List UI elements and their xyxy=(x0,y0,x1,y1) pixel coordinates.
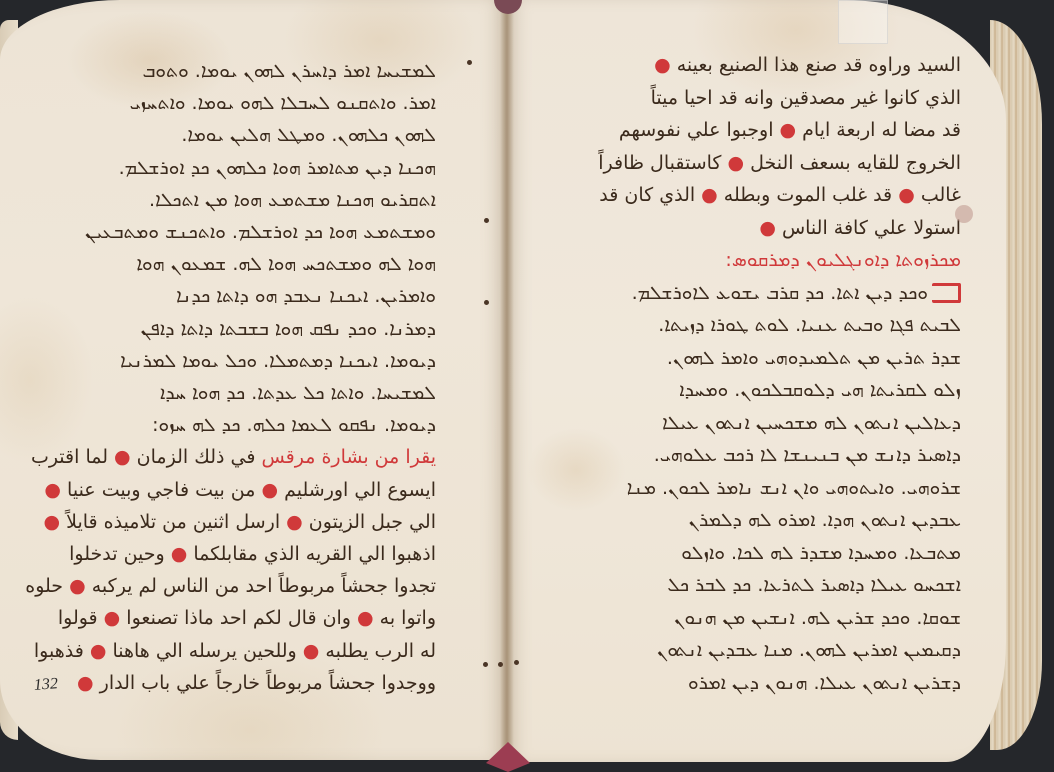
margin-mark xyxy=(467,60,472,65)
text-line: السيد وراوه قد صنع هذا الصنيع بعينه ● xyxy=(654,52,961,78)
margin-mark xyxy=(514,660,519,665)
text-line: ܐܬܩܪܝܘ ܗܟܢܐ ܡܫܬܡܥ ܗܘܐ ܡܢ ܐܬܟܠܐ. xyxy=(149,187,436,213)
text-line: قد مضا له اربعة ايام ● اوجبوا علي نفوسهم xyxy=(619,117,961,143)
rubric-dot: ● xyxy=(44,479,61,501)
rubric-dot: ● xyxy=(303,640,320,662)
rubric-dot: ● xyxy=(286,511,303,533)
text-line: ܙܠܘ ܠܩܪܝܬܐ ܗܝ ܕܠܘܩܒܠܟܘܢ. ܘܡܚܕܐ xyxy=(679,377,961,403)
folio-number: 132 xyxy=(33,675,58,695)
text-line: ܕܝܘܡܐ. ܢܦܩܘ ܠܥܡܐ ܟܠܗ. ܟܕ ܠܗ ܚܙܘ: xyxy=(152,412,436,438)
rubric-dot: ● xyxy=(43,511,60,533)
text-line: غالب ● قد غلب الموت وبطله ● الذي كان قد xyxy=(599,182,961,208)
text-line: الخروج للقايه بسعف النخل ● كاستقبال ظافر… xyxy=(598,150,961,176)
rubric-dot: ● xyxy=(104,607,121,629)
rubric-dot: ● xyxy=(69,575,86,597)
text-line: ܕܩܝܡܝܢ ܐܡܪܝܢ ܠܗܘܢ. ܡܢܐ ܥܒܕܝܢ ܐܢܬܘܢ xyxy=(657,637,961,663)
text-line: ܕܐܣܝܪ ܕܐܢܫ ܡܢ ܒܢܝܢܫܐ ܠܐ ܪܟܒ ܥܠܘܗܝ. xyxy=(654,442,961,468)
text-line: ܠܒܝܬ ܦܓܐ ܘܒܝܬ ܥܢܝܐ. ܠܘܬ ܛܘܪܐ ܕܙܝܬܐ. xyxy=(658,312,961,338)
text-line: ووجدوا جحشاً مربوطاً خارجاً علي باب الدا… xyxy=(77,670,436,696)
text-line: ܠܡܫܝܚܐ ܐܡܪ ܕܐܚܪܢ ܠܗܘܢ ܝܘܡܐ. ܘܬܘܒ xyxy=(142,58,436,84)
text-line: ܗܟܢܐ ܕܝܢ ܡܬܐܡܪ ܗܘܐ ܟܠܗܘܢ ܟܕ ܐܘܪܫܠܡ. xyxy=(119,155,436,181)
text-line: ايسوع الي اورشليم ● من بيت فاجي وبيت عني… xyxy=(44,477,436,503)
left-page: ܠܡܫܝܚܐ ܐܡܪ ܕܐܚܪܢ ܠܗܘܢ ܝܘܡܐ. ܘܬܘܒܐܡܪ. ܘܐܬ… xyxy=(0,0,506,760)
text-line: ܕܝܘܡܐ. ܐܝܟܢܐ ܕܡܬܡܠܐ. ܘܟܠ ܝܘܡܐ ܠܡܪܢܝܐ xyxy=(120,348,436,374)
rubric-dot: ● xyxy=(701,184,718,206)
text-line: ܘܐܡܪܝܢ. ܐܝܟܢܐ ܢܥܒܕ ܗܘ ܕܐܬܐ ܟܕܢܐ xyxy=(176,283,436,309)
text-line: ܐܡܪ. ܘܐܬܩܢܘ ܠܚܒܠܐ ܠܗܘ ܝܘܡܐ. ܘܐܬܚܙܝ xyxy=(130,90,436,116)
text-line: ܡܟܪܙܘܬܐ ܕܐܘܢܓܠܝܘܢ ܕܡܪܩܘܣ: xyxy=(725,247,961,273)
margin-mark xyxy=(483,662,488,667)
text-line: الي جبل الزيتون ● ارسل اثنين من تلاميذه … xyxy=(43,509,436,535)
rubric-dot: ● xyxy=(728,152,745,174)
text-line: ܕܥܐܠܝܢ ܐܢܬܘܢ ܠܗ ܡܫܟܚܝܢ ܐܢܬܘܢ ܥܝܠܐ xyxy=(662,410,961,436)
text-line: ܕܡܪܢܐ. ܘܟܕ ܢܦܩ ܗܘܐ ܒܫܒܬܐ ܕܐܬܐ ܕܐܦܢ xyxy=(141,316,436,342)
text-line: استولا علي كافة الناس ● xyxy=(759,215,961,241)
rubric-dot: ● xyxy=(780,119,797,141)
rubric-text: يقرا من بشارة مرقس xyxy=(261,446,436,468)
rubric-dot: ● xyxy=(898,184,915,206)
right-page: السيد وراوه قد صنع هذا الصنيع بعينه ●الذ… xyxy=(506,0,1006,762)
repair-tape xyxy=(838,0,888,44)
text-line: يقرا من بشارة مرقس في ذلك الزمان ● لما ا… xyxy=(31,444,436,470)
rubric-dot: ● xyxy=(654,54,671,76)
open-manuscript: ܠܡܫܝܚܐ ܐܡܪ ܕܐܚܪܢ ܠܗܘܢ ܝܘܡܐ. ܘܬܘܒܐܡܪ. ܘܐܬ… xyxy=(0,0,1054,772)
rubric-dot: ● xyxy=(90,640,107,662)
text-line: ܐܫܟܚܘ ܥܝܠܐ ܕܐܣܝܪ ܠܬܪܥܐ. ܟܕ ܠܒܪ ܟܠ xyxy=(667,572,961,598)
rubric-dot: ● xyxy=(261,479,278,501)
rubricated-initial xyxy=(932,283,961,303)
text-line: ܘܡܫܬܡܥ ܗܘܐ ܟܕ ܐܘܪܫܠܡ. ܘܐܬܟܢܫ ܘܡܬܒܥܝܢ xyxy=(85,219,436,245)
text-line: ܘܟܕ ܕܝܢ ܐܬܐ. ܟܕ ܩܪܒ ܝܫܘܥ ܠܐܘܪܫܠܡ. xyxy=(632,280,961,306)
text-line: ܥܒܕܝܢ ܐܢܬܘܢ ܗܕܐ. ܐܡܪܘ ܠܗ ܕܠܡܪܢ xyxy=(689,507,961,533)
text-line: ܫܘܩܐ. ܘܟܕ ܫܪܝܢ ܠܗ. ܐܢܫܝܢ ܡܢ ܗܢܘܢ xyxy=(674,605,961,631)
text-line: اذهبوا الي القريه الذي مقابلكما ● وحين ت… xyxy=(69,541,436,567)
text-line: تجدوا جحشاً مربوطاً احد من الناس لم يركب… xyxy=(25,573,436,599)
text-line: الذي كانوا غير مصدقين وانه قد احيا ميتاً xyxy=(651,85,961,111)
rubric-dot: ● xyxy=(77,672,94,694)
text-line: ܫܕܪ ܬܪܝܢ ܡܢ ܬܠܡܝܕܘܗܝ ܘܐܡܪ ܠܗܘܢ. xyxy=(667,345,961,371)
text-line: ܕܫܪܝܢ ܐܢܬܘܢ ܥܝܠܐ. ܗܢܘܢ ܕܝܢ ܐܡܪܘ xyxy=(688,670,961,696)
text-line: ܠܗܘܢ ܟܠܗܘܢ. ܘܡܛܠ ܗܠܝܢ ܝܘܡܐ. xyxy=(181,122,436,148)
rubric-dot: ● xyxy=(114,446,131,468)
margin-mark xyxy=(484,218,489,223)
rubric-dot: ● xyxy=(357,607,374,629)
text-line: ܗܘܐ ܠܗ ܘܡܫܬܟܚ ܗܘܐ ܠܗ. ܫܡܥܘܢ ܗܘܐ xyxy=(136,251,436,277)
text-line: ܫܪܘܗܝ. ܘܐܝܬܘܗܝ ܘܐܢ ܐܢܫ ܢܐܡܪ ܠܟܘܢ. ܡܢܐ xyxy=(627,475,961,501)
rubric-dot: ● xyxy=(171,543,188,565)
text-line: ܠܡܫܝܚܐ. ܘܐܬܐ ܟܠ ܥܕܬܐ. ܟܕ ܗܘܐ ܚܕܐ xyxy=(160,380,436,406)
margin-mark xyxy=(484,300,489,305)
text-line: ܡܬܒܥܐ. ܘܡܚܕܐ ܡܫܕܪ ܠܗ ܠܟܐ. ܘܐܙܠܘ xyxy=(681,540,961,566)
rubric-dot: ● xyxy=(759,217,776,239)
stain-spot xyxy=(955,205,973,223)
text-line: واتوا به ● وان قال لكم احد ماذا تصنعوا ●… xyxy=(58,605,436,631)
book-gutter xyxy=(500,0,514,760)
text-line: له الرب يطلبه ● وللحين يرسله الي هاهنا ●… xyxy=(34,638,436,664)
